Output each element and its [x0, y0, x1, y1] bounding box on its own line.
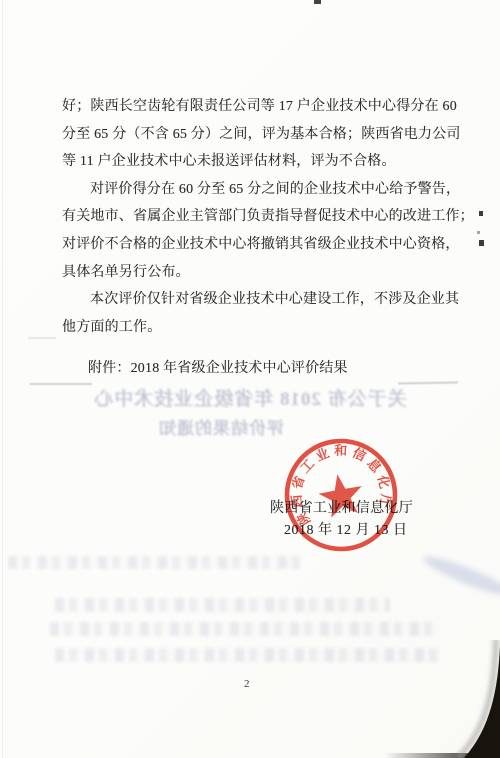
body-line: 分至 65 分（不含 65 分）之间，评为基本合格；陕西省电力公司	[62, 121, 500, 149]
body-line: 具体名单另行公布。	[62, 259, 500, 287]
body-line: 有关地市、省属企业主管部门负责指导督促技术中心的改进工作；	[62, 203, 500, 231]
bleedthrough-row	[55, 648, 440, 662]
body-line: 好；陕西长空齿轮有限责任公司等 17 户企业技术中心得分在 60	[62, 93, 500, 121]
scan-speck	[314, 0, 321, 4]
fold-line	[398, 381, 458, 384]
body-line: 对评价不合格的企业技术中心将撤销其省级企业技术中心资格，	[62, 231, 500, 259]
scanned-document-page: 好；陕西长空齿轮有限责任公司等 17 户企业技术中心得分在 60 分至 65 分…	[0, 0, 500, 758]
body-line: 本次评价仅针对省级企业技术中心建设工作，不涉及企业其	[90, 286, 500, 314]
body-line: 对评价得分在 60 分至 65 分之间的企业技术中心给予警告，	[90, 176, 500, 204]
page-corner-curl	[440, 640, 500, 758]
bleedthrough-row	[50, 622, 435, 636]
star-icon	[316, 471, 366, 520]
body-line: 等 11 户企业技术中心未报送评估材料，评为不合格。	[62, 148, 500, 176]
attachment-reference: 附件：2018 年省级企业技术中心评价结果	[88, 355, 348, 383]
fold-line	[30, 383, 92, 385]
scan-speck	[479, 240, 484, 246]
bleedthrough-row	[55, 598, 390, 612]
scan-speck	[477, 231, 480, 234]
fold-line	[28, 337, 56, 339]
document-body: 好；陕西长空齿轮有限责任公司等 17 户企业技术中心得分在 60 分至 65 分…	[0, 93, 500, 341]
ink-smudge	[420, 551, 500, 601]
page-number: 2	[244, 678, 250, 690]
body-line: 他方面的工作。	[62, 314, 500, 342]
scan-speck	[479, 211, 483, 216]
official-seal: 陕西省工业和信息化厅	[256, 407, 426, 577]
